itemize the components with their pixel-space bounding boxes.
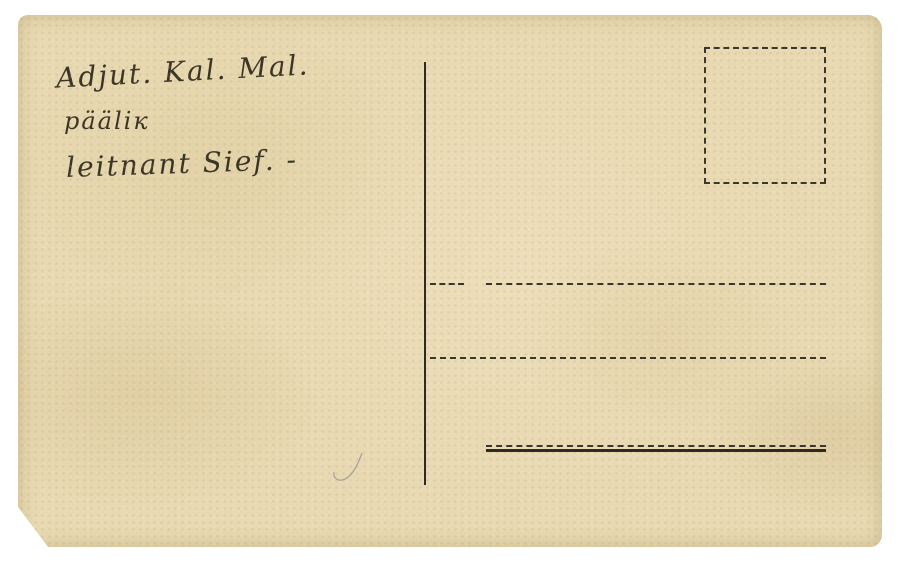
- address-underline: [486, 449, 826, 452]
- center-divider: [424, 62, 426, 485]
- address-line-1-prefix: [430, 283, 464, 285]
- stamp-box: [704, 47, 826, 184]
- address-line-2: [430, 357, 826, 359]
- address-line-1: [486, 283, 826, 285]
- pencil-mark-icon: [330, 450, 364, 486]
- handwritten-line-2: pääliк: [64, 107, 150, 135]
- handwritten-line-3: leitnant Sief. -: [65, 143, 298, 184]
- handwritten-line-1: Adjut. Kal. Mal.: [55, 48, 310, 94]
- address-line-3: [486, 445, 826, 447]
